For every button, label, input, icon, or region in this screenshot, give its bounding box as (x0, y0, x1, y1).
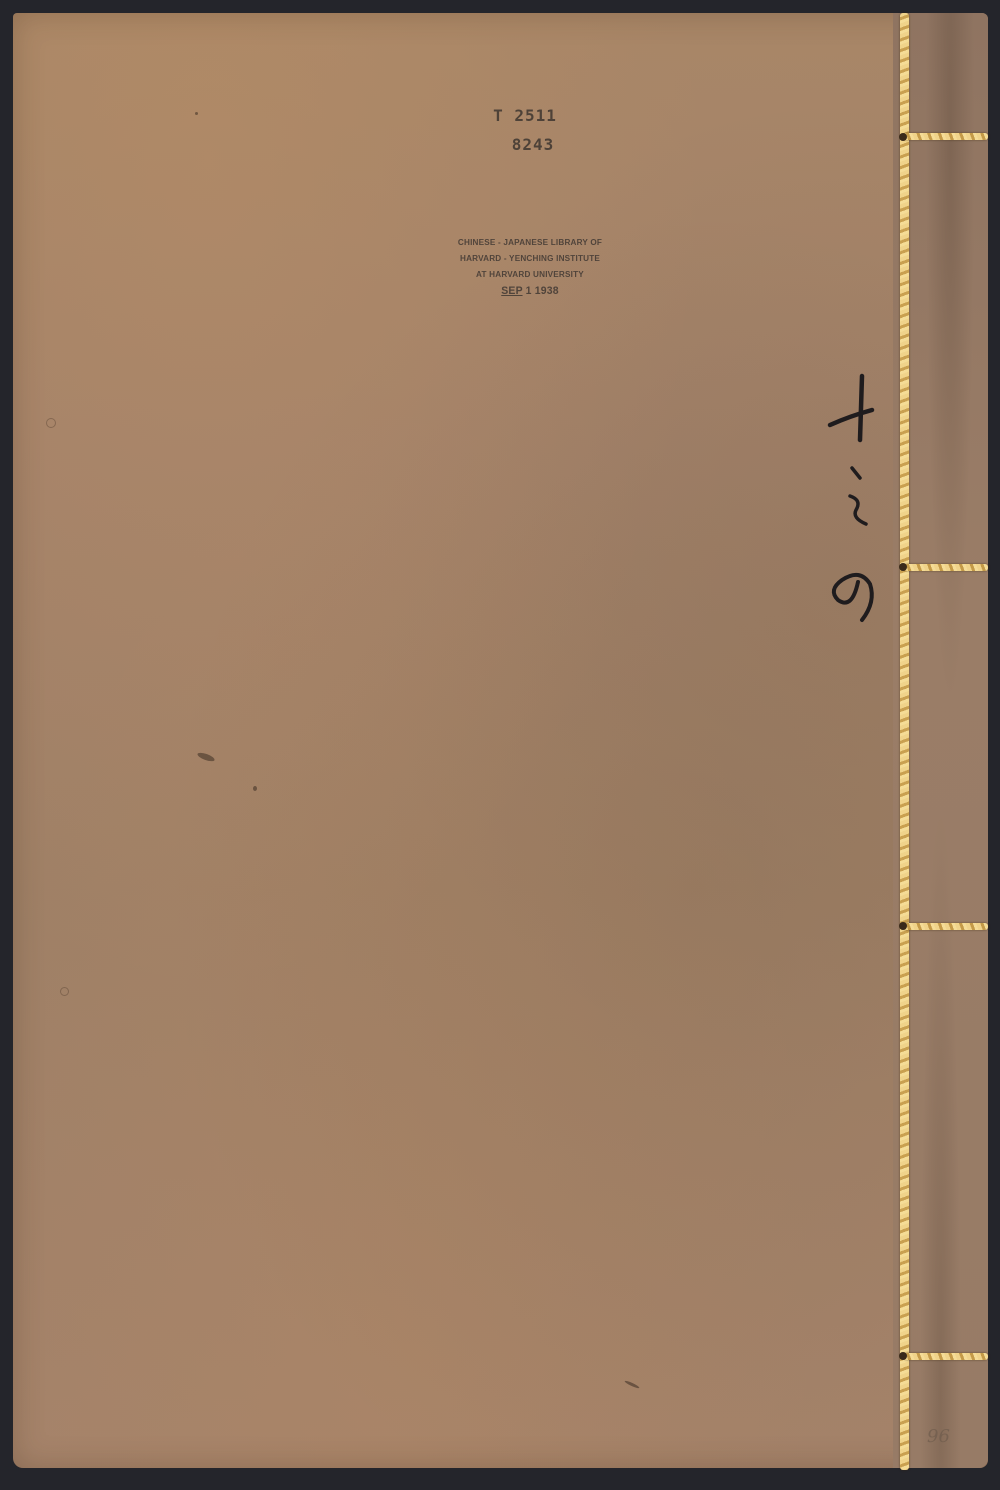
page-number-note: 96 (927, 1426, 950, 1447)
circle-mark (60, 987, 69, 996)
stitch-hole-icon (899, 1352, 907, 1360)
handwritten-title-icon (826, 370, 886, 630)
stamp-line-1: CHINESE - JAPANESE LIBRARY OF (445, 234, 616, 250)
stamp-line-2: HARVARD - YENCHING INSTITUTE (445, 250, 616, 266)
stitch-hole-icon (899, 563, 907, 571)
binding-thread-stitch-1 (904, 133, 988, 140)
circle-mark (46, 418, 56, 428)
stitch-hole-icon (899, 922, 907, 930)
library-stamp: CHINESE - JAPANESE LIBRARY OF HARVARD - … (445, 234, 616, 300)
scanned-book-cover: T 2511 8243 CHINESE - JAPANESE LIBRARY O… (0, 0, 1000, 1490)
stamp-date: SEP 1 1938 (445, 282, 616, 300)
stamp-date-day-year: 1 1938 (523, 285, 559, 297)
binding-thread-stitch-2 (904, 564, 988, 571)
binding-thread-vertical (900, 13, 909, 1470)
stamp-line-3: AT HARVARD UNIVERSITY (445, 266, 616, 282)
binding-thread-stitch-3 (904, 923, 988, 930)
stitch-hole-icon (899, 133, 907, 141)
spot-mark (195, 112, 198, 115)
call-number-line-1: T 2511 (470, 106, 580, 125)
call-number-line-2: 8243 (478, 135, 588, 154)
spot-mark (253, 786, 257, 791)
cover-board (13, 13, 988, 1468)
stamp-date-month: SEP (501, 285, 522, 297)
binding-thread-stitch-4 (904, 1353, 988, 1360)
